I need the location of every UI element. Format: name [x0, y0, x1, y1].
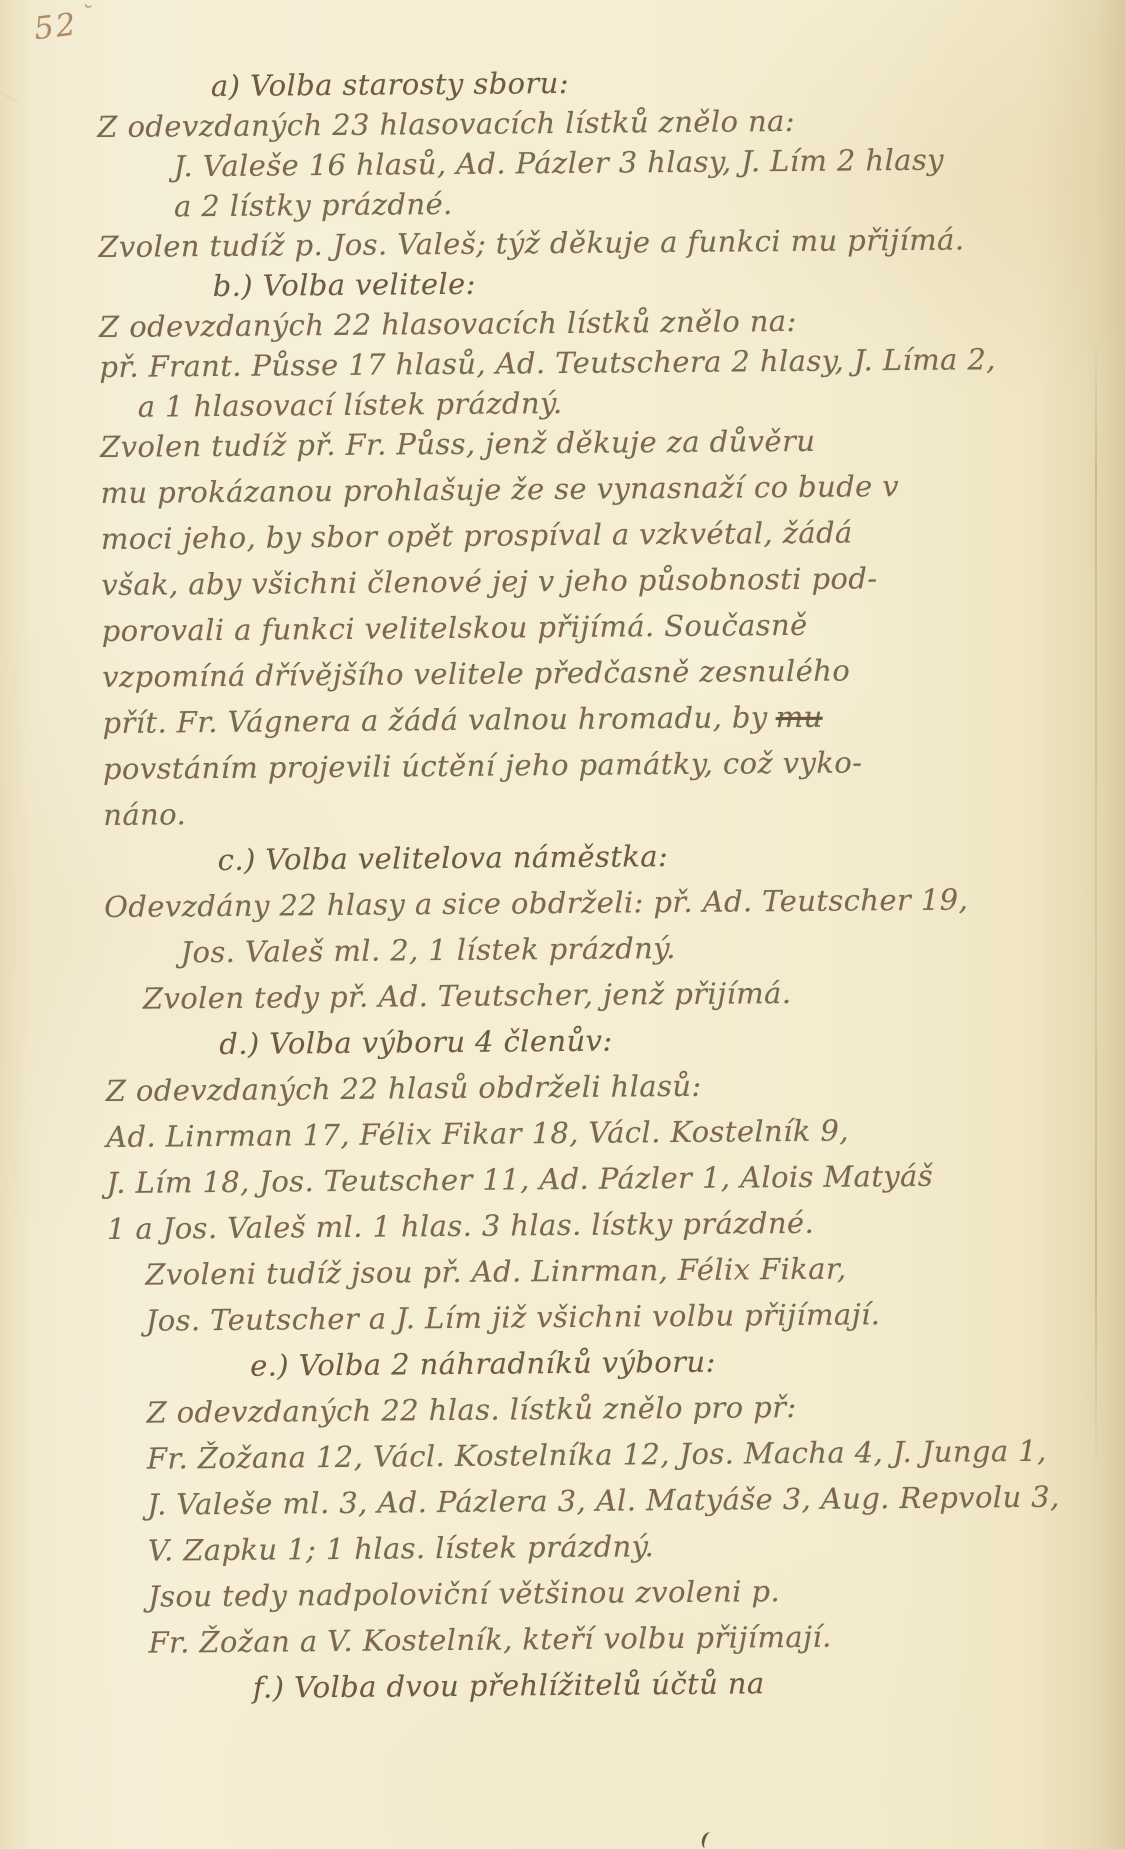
manuscript-line-text: př. Frant. Půsse 17 hlasů, Ad. Teutscher… [99, 342, 996, 384]
manuscript-line: J. Valeše ml. 3, Ad. Pázlera 3, Al. Maty… [5, 1479, 1125, 1523]
manuscript-line: však, aby všichni členové jej v jeho půs… [0, 559, 1122, 603]
manuscript-line-text: c.) Volba velitelova náměstka: [218, 839, 669, 877]
page-number-flourish: ˘ [75, 1, 95, 29]
manuscript-line: Z odevzdaných 22 hlasů obdrželi hlasů: [2, 1065, 1125, 1109]
manuscript-line-text: Z odevzdaných 22 hlasovacích lístků zněl… [99, 304, 797, 344]
manuscript-line: Fr. Žožana 12, Václ. Kostelníka 12, Jos.… [5, 1433, 1125, 1477]
manuscript-line: Zvolen tudíž p. Jos. Valeš; týž děkuje a… [0, 221, 1119, 265]
manuscript-line-text: Zvolen tedy př. Ad. Teutscher, jenž přij… [143, 976, 792, 1016]
manuscript-line: náno. [0, 789, 1124, 833]
manuscript-line: Jos. Valeš ml. 2, 1 lístek prázdný. [0, 927, 1125, 971]
page-number-value: 52 [32, 6, 80, 47]
manuscript-line: Zvolen tudíž př. Fr. Půss, jenž děkuje z… [0, 421, 1121, 465]
manuscript-line: c.) Volba velitelova náměstka: [0, 835, 1125, 879]
manuscript-line-text: porovali a funkci velitelskou přijímá. S… [102, 608, 808, 648]
manuscript-line: vzpomíná dřívějšího velitele předčasně z… [0, 651, 1123, 695]
manuscript-line-text: f.) Volba dvou přehlížitelů účtů na [253, 1666, 765, 1704]
manuscript-line-text: J. Valeše 16 hlasů, Ad. Pázler 3 hlasy, … [174, 143, 945, 184]
page-number: 52˘ [32, 5, 92, 48]
manuscript-line-text: J. Lím 18, Jos. Teutscher 11, Ad. Pázler… [106, 1159, 933, 1200]
manuscript-line-text: Fr. Žožana 12, Václ. Kostelníka 12, Jos.… [147, 1434, 1047, 1476]
manuscript-line-text: Zvolen tudíž p. Jos. Valeš; týž děkuje a… [98, 222, 964, 264]
manuscript-line-text: e.) Volba 2 náhradníků výboru: [250, 1345, 716, 1383]
manuscript-line: a 2 lístky prázdné. [0, 181, 1119, 225]
manuscript-line-text: náno. [103, 797, 186, 832]
manuscript-line-text: Z odevzdaných 22 hlasů obdrželi hlasů: [106, 1069, 702, 1108]
manuscript-line-text: d.) Volba výboru 4 členův: [219, 1024, 613, 1061]
manuscript-line: V. Zapku 1; 1 hlas. lístek prázdný. [6, 1525, 1125, 1569]
manuscript-line-text: Zvolen tudíž př. Fr. Půss, jenž děkuje z… [100, 424, 816, 464]
ink-blot [700, 1831, 717, 1849]
manuscript-line-text: a) Volba starosty sboru: [211, 66, 569, 103]
manuscript-line-text: Jos. Teutscher a J. Lím již všichni volb… [146, 1297, 881, 1337]
manuscript-line-text: Z odevzdaných 22 hlas. lístků znělo pro … [146, 1390, 796, 1430]
manuscript-line: Ad. Linrman 17, Félix Fikar 18, Václ. Ko… [2, 1111, 1125, 1155]
manuscript-line: a 1 hlasovací lístek prázdný. [0, 381, 1121, 425]
manuscript-line-text: vzpomíná dřívějšího velitele předčasně z… [102, 653, 850, 694]
manuscript-line-text: Jos. Valeš ml. 2, 1 lístek prázdný. [180, 931, 676, 969]
manuscript-line: Z odevzdaných 22 hlasovacích lístků zněl… [0, 301, 1120, 345]
manuscript-line: Zvoleni tudíž jsou př. Ad. Linrman, Féli… [3, 1249, 1125, 1293]
manuscript-line-text: povstáním projevili úctění jeho památky,… [103, 745, 863, 786]
manuscript-line: a) Volba starosty sboru: [0, 61, 1118, 105]
manuscript-line: Zvolen tedy př. Ad. Teutscher, jenž přij… [1, 973, 1125, 1017]
manuscript-line-text: přít. Fr. Vágnera a žádá valnou hromadu,… [102, 700, 767, 740]
manuscript-line: Jsou tedy nadpoloviční většinou zvoleni … [6, 1571, 1125, 1615]
manuscript-line: J. Lím 18, Jos. Teutscher 11, Ad. Pázler… [2, 1157, 1125, 1201]
manuscript-line-text: b.) Volba velitele: [213, 267, 476, 303]
manuscript-line: Z odevzdaných 22 hlas. lístků znělo pro … [4, 1387, 1125, 1431]
manuscript-line-text: Zvoleni tudíž jsou př. Ad. Linrman, Féli… [145, 1252, 847, 1292]
manuscript-line-text: Z odevzdaných 23 hlasovacích lístků zněl… [97, 104, 795, 144]
manuscript-line-text: Odevzdány 22 hlasy a sice obdrželi: př. … [104, 882, 968, 924]
manuscript-line: př. Frant. Půsse 17 hlasů, Ad. Teutscher… [0, 341, 1121, 385]
manuscript-line: e.) Volba 2 náhradníků výboru: [4, 1341, 1125, 1385]
manuscript-line: J. Valeše 16 hlasů, Ad. Pázler 3 hlasy, … [0, 141, 1119, 185]
manuscript-line: povstáním projevili úctění jeho památky,… [0, 743, 1124, 787]
manuscript-line-text: moci jeho, by sbor opět prospíval a vzkv… [101, 515, 853, 556]
manuscript-line-text: J. Valeše ml. 3, Ad. Pázlera 3, Al. Maty… [147, 1480, 1060, 1522]
manuscript-line-text: a 1 hlasovací lístek prázdný. [138, 386, 563, 424]
manuscript-page: { "page": { "number": "52", "flourish_ma… [0, 0, 1125, 1849]
manuscript-line: Jos. Teutscher a J. Lím již všichni volb… [4, 1295, 1125, 1339]
manuscript-line: Z odevzdaných 23 hlasovacích lístků zněl… [0, 101, 1118, 145]
manuscript-line: d.) Volba výboru 4 členův: [1, 1019, 1125, 1063]
manuscript-line: přít. Fr. Vágnera a žádá valnou hromadu,… [0, 697, 1124, 741]
manuscript-line: f.) Volba dvou přehlížitelů účtů na [7, 1663, 1125, 1707]
manuscript-line: mu prokázanou prohlašuje že se vynasnaží… [0, 467, 1122, 511]
manuscript-line-text: Jsou tedy nadpoloviční většinou zvoleni … [148, 1574, 780, 1614]
manuscript-line: moci jeho, by sbor opět prospíval a vzkv… [0, 513, 1122, 557]
manuscript-line-text: Ad. Linrman 17, Félix Fikar 18, Václ. Ko… [106, 1114, 849, 1154]
manuscript-line-text: Fr. Žožan a V. Kostelník, kteří volbu př… [148, 1620, 831, 1660]
manuscript-line: Fr. Žožan a V. Kostelník, kteří volbu př… [6, 1617, 1125, 1661]
manuscript-line-text: 1 a Jos. Valeš ml. 1 hlas. 3 hlas. lístk… [107, 1206, 815, 1246]
manuscript-text: a) Volba starosty sboru:Z odevzdaných 23… [0, 61, 1125, 1719]
manuscript-line-text: a 2 lístky prázdné. [174, 187, 453, 223]
manuscript-line: b.) Volba velitele: [0, 261, 1120, 305]
manuscript-line: Odevzdány 22 hlasy a sice obdrželi: př. … [0, 881, 1125, 925]
manuscript-line-text: V. Zapku 1; 1 hlas. lístek prázdný. [148, 1529, 655, 1567]
struck-word: mu [775, 700, 822, 734]
manuscript-line: porovali a funkci velitelskou přijímá. S… [0, 605, 1123, 649]
manuscript-line-text: však, aby všichni členové jej v jeho půs… [101, 561, 877, 602]
manuscript-line-text: mu prokázanou prohlašuje že se vynasnaží… [100, 469, 899, 510]
manuscript-line: 1 a Jos. Valeš ml. 1 hlas. 3 hlas. lístk… [3, 1203, 1125, 1247]
